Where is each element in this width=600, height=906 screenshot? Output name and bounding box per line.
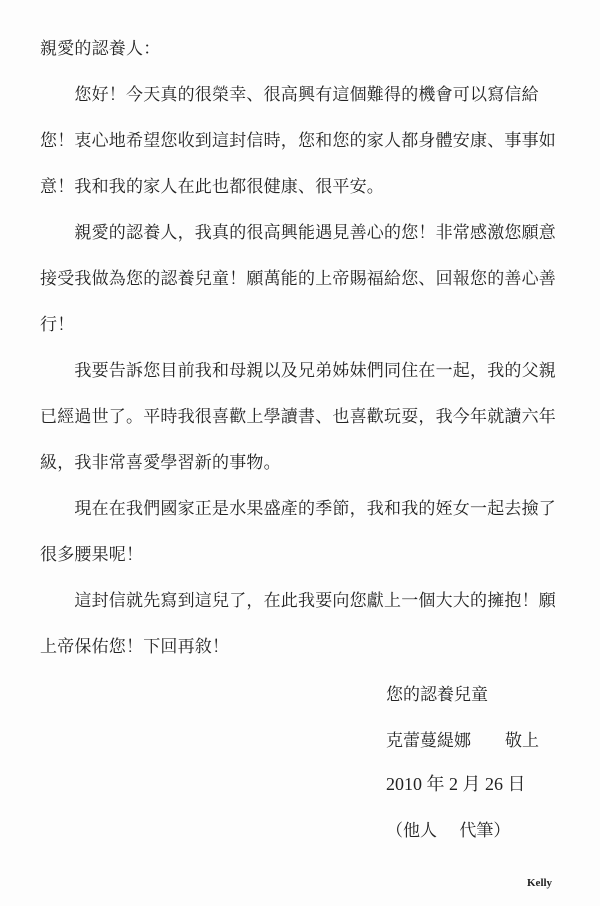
translator-name: Kelly <box>527 877 552 889</box>
letter-date: 2010 年 2 月 26 日 <box>386 770 526 796</box>
paragraph-3-line-1: 我要告訴您目前我和母親以及兄弟姊妹們同住在一起，我的父親 <box>40 356 556 381</box>
paragraph-1-line-3: 意！我和我的家人在此也都很健康、很平安。 <box>40 172 384 197</box>
paragraph-5-line-2: 上帝保佑您！下回再敘！ <box>40 632 229 657</box>
paragraph-2-line-3: 行！ <box>40 310 74 335</box>
paragraph-4-line-2: 很多腰果呢！ <box>40 540 143 565</box>
signature-name: 克蕾蔓緹娜 敬上 <box>386 726 539 751</box>
paragraph-3-line-2: 已經過世了。平時我很喜歡上學讀書、也喜歡玩耍，我今年就讀六年 <box>40 402 556 427</box>
letter-page: 親愛的認養人： 您好！今天真的很榮幸、很高興有這個難得的機會可以寫信給 您！衷心… <box>0 0 600 906</box>
signature-closing: 您的認養兒童 <box>386 680 488 705</box>
paragraph-2-line-2: 接受我做為您的認養兒童！願萬能的上帝賜福給您、回報您的善心善 <box>40 264 556 289</box>
paragraph-2-line-1: 親愛的認養人，我真的很高興能遇見善心的您！非常感激您願意 <box>40 218 556 243</box>
paragraph-3-line-3: 級，我非常喜愛學習新的事物。 <box>40 448 281 473</box>
paragraph-1-line-2: 您！衷心地希望您收到這封信時，您和您的家人都身體安康、事事如 <box>40 126 556 151</box>
ghostwriter-note: （他人 代筆） <box>386 816 510 841</box>
paragraph-4-line-1: 現在在我們國家正是水果盛產的季節，我和我的姪女一起去撿了 <box>40 494 556 519</box>
paragraph-5-line-1: 這封信就先寫到這兒了，在此我要向您獻上一個大大的擁抱！願 <box>40 586 556 611</box>
salutation: 親愛的認養人： <box>40 34 160 59</box>
paragraph-1-line-1: 您好！今天真的很榮幸、很高興有這個難得的機會可以寫信給 <box>40 80 539 105</box>
